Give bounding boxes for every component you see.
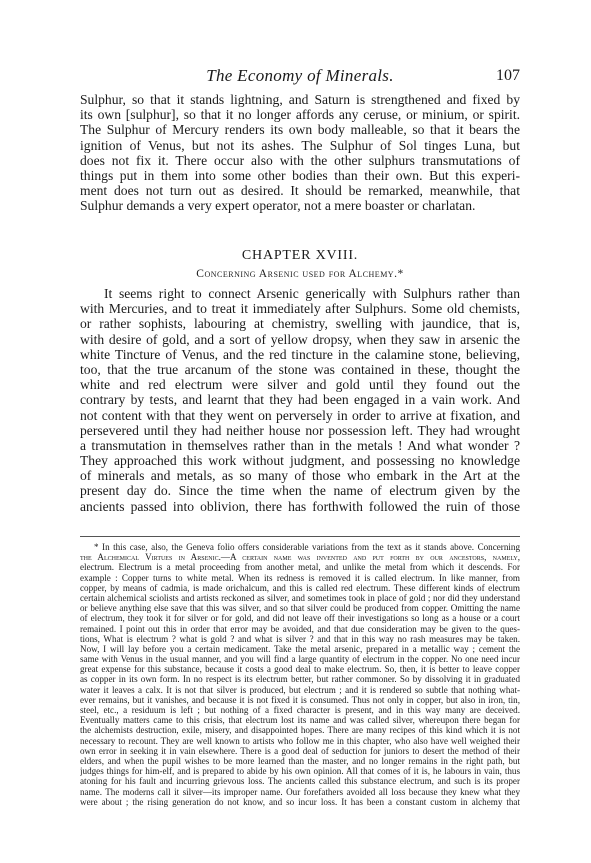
footnote-line: as copper in its own form. In no respect… — [80, 674, 520, 684]
text-line: contrary by tests, and learnt that they … — [80, 392, 520, 407]
text-line: Sulphur demands a very expert operator, … — [80, 198, 520, 213]
footnote-line: were about ; the rising generation do no… — [80, 797, 520, 807]
text-line: It seems right to connect Arsenic generi… — [80, 286, 520, 301]
chapter-paragraph: It seems right to connect Arsenic generi… — [80, 286, 520, 514]
running-head: The Economy of Minerals. 107 — [80, 66, 520, 88]
footnote-line: certain alchemical sciolists and artists… — [80, 593, 520, 603]
footnote-line: copper, by means of cadmia, is made oric… — [80, 583, 520, 593]
footnote-line: * In this case, also, the Geneva folio o… — [80, 542, 520, 552]
text-line: The Sulphur of Mercury renders its own b… — [80, 122, 520, 137]
footnote-line: atoning for his fault and incurring grie… — [80, 776, 520, 786]
text-line: They approached this work without judgme… — [80, 453, 520, 468]
text-line: or rather sophists, labouring at chemist… — [80, 316, 520, 331]
text-line: ignition of Venus, but not its ashes. Th… — [80, 138, 520, 153]
footnote-line: electrum. Electrum is a metal proceeding… — [80, 562, 520, 572]
footnote-line: Eventually matters came to this crisis, … — [80, 715, 520, 725]
footnote-line: of electrum, they took it for silver or … — [80, 613, 520, 623]
footnote-line: name. The moderns call it silver—its imp… — [80, 787, 520, 797]
chapter-title: CHAPTER XVIII. — [80, 248, 520, 264]
text-line: does not fix it. There occur also with t… — [80, 153, 520, 168]
text-line: ment does not turn out as desired. It sh… — [80, 183, 520, 198]
text-line: its own [sulphur], so that it no longer … — [80, 107, 520, 122]
text-line: Sulphur, so that it stands lightning, an… — [80, 92, 520, 107]
text-line: persevered until they had neither house … — [80, 423, 520, 438]
footnote-line: the Alchemical Virtues in Arsenic.—A cer… — [80, 552, 520, 562]
footnote-line: own error in seeking it in vain elsewher… — [80, 746, 520, 756]
footnote-line: same with Venus in the usual manner, and… — [80, 654, 520, 664]
footnote-line: judges things for him-elf, and is prepar… — [80, 766, 520, 776]
text-line: not content with that they went on perve… — [80, 408, 520, 423]
book-page: The Economy of Minerals. 107 Sulphur, so… — [0, 0, 591, 863]
footnote-line: remained. I point out this in order that… — [80, 624, 520, 634]
footnote-line: the alchemists destruction, exile, miser… — [80, 725, 520, 735]
text-line: a transmutation in themselves rather tha… — [80, 438, 520, 453]
text-line: white and red electrum were silver and g… — [80, 377, 520, 392]
text-line: with Mercuries, and to treat it immediat… — [80, 301, 520, 316]
continued-paragraph: Sulphur, so that it stands lightning, an… — [80, 92, 520, 214]
footnote-line: or believe anything else save that this … — [80, 603, 520, 613]
text-line: with desire of gold, and a sort of yello… — [80, 332, 520, 347]
footnote-divider — [80, 536, 520, 537]
footnote-line: water it leaves a calx. It is not that s… — [80, 685, 520, 695]
text-line: white Tincture of Venus, and the red tin… — [80, 347, 520, 362]
text-line: ancients passed into oblivion, there has… — [80, 499, 520, 514]
footnote-line: elders, and when the pupil wishes to be … — [80, 756, 520, 766]
text-line: things put in them into some other bodie… — [80, 168, 520, 183]
footnote-line: Now, I will lay before you a certain med… — [80, 644, 520, 654]
text-line: of minerals and metals, as so many of th… — [80, 468, 520, 483]
page-number: 107 — [496, 67, 520, 85]
footnote-line: steel, etc., a residuum is left ; but no… — [80, 705, 520, 715]
footnote-line: necessary to recount. They are well know… — [80, 736, 520, 746]
text-line: present day do. Since the time when the … — [80, 483, 520, 498]
running-title: The Economy of Minerals. — [80, 66, 520, 86]
chapter-subtitle: Concerning Arsenic used for Alchemy.* — [80, 268, 520, 280]
text-line: too, that the true arcanum of the stone … — [80, 362, 520, 377]
footnote-line: tions, What is electrum ? what is gold ?… — [80, 634, 520, 644]
footnote-line: ever remains, but it vanishes, and becau… — [80, 695, 520, 705]
footnote-line: example : Copper turns to white metal. W… — [80, 573, 520, 583]
footnote: * In this case, also, the Geneva folio o… — [80, 542, 520, 807]
footnote-line: great expense for this substance, becaus… — [80, 664, 520, 674]
